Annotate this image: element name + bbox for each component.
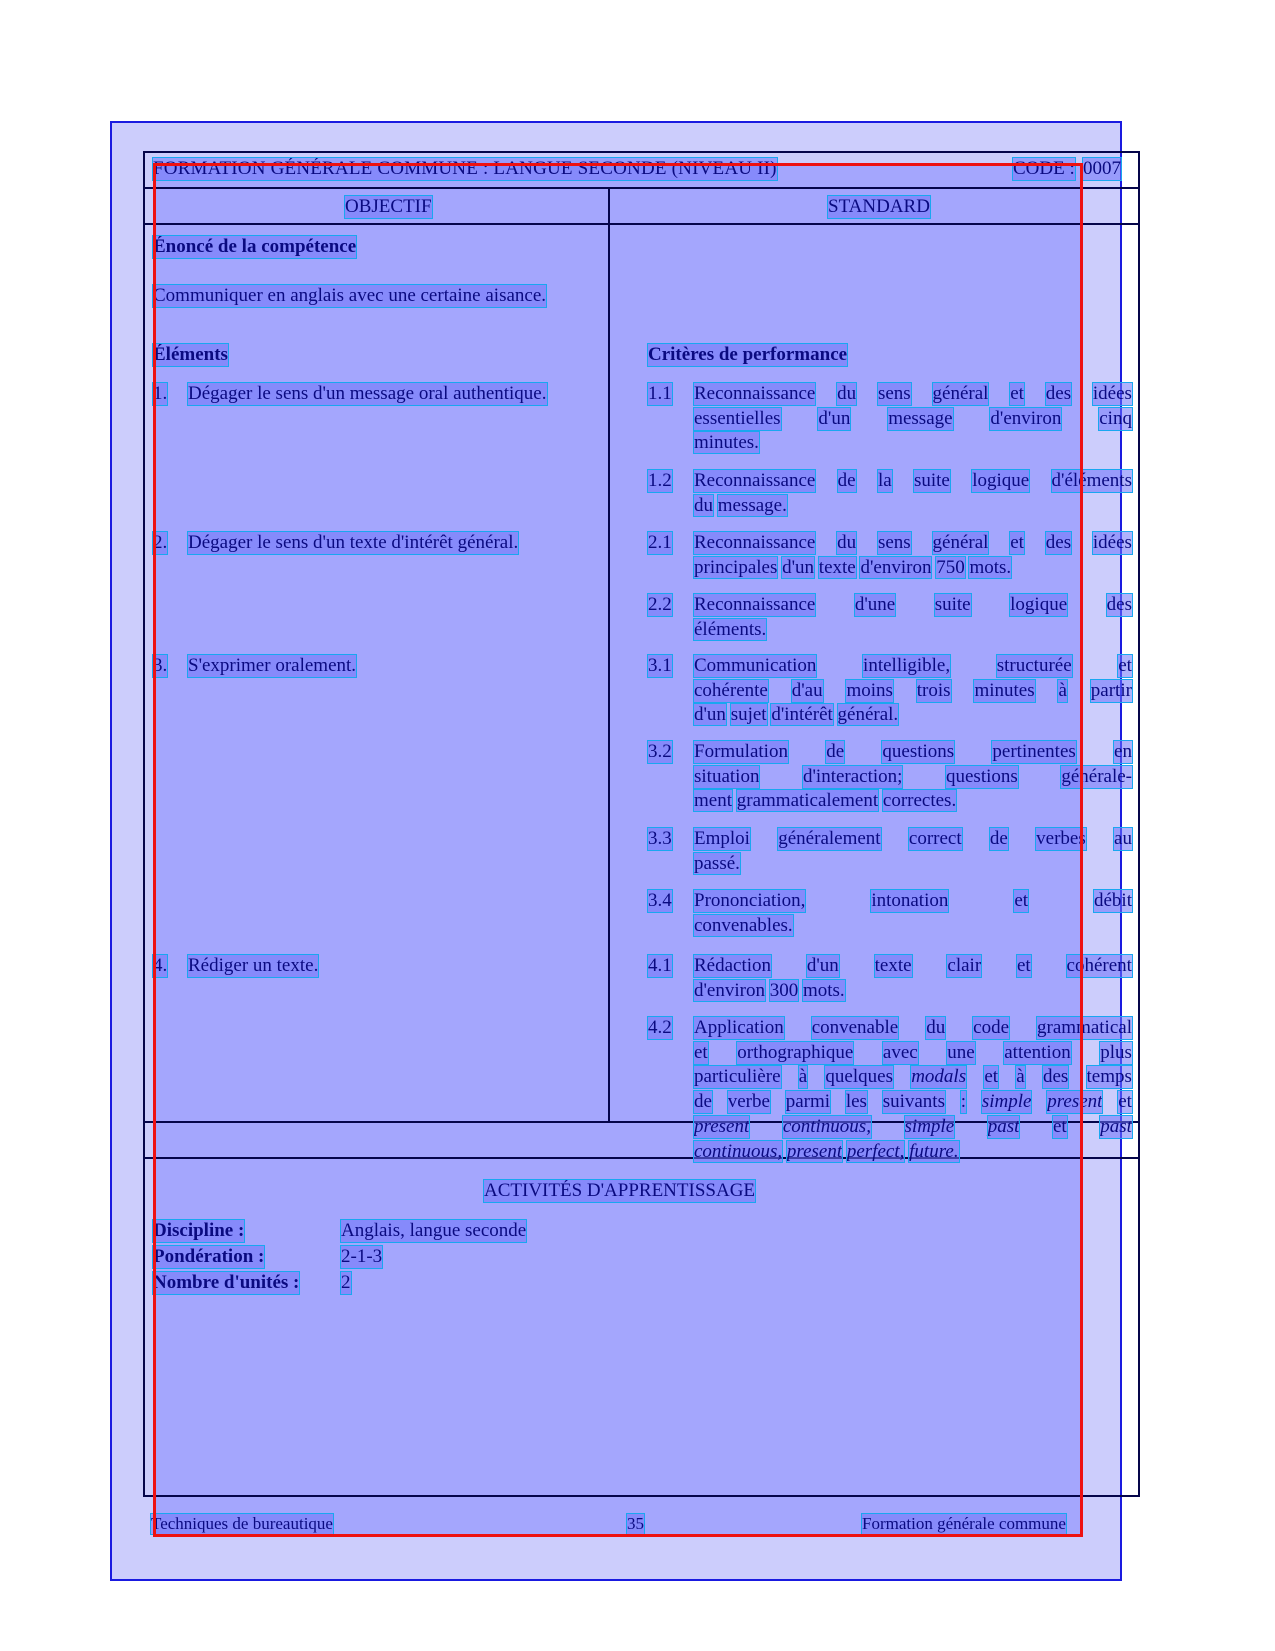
column-divider	[608, 188, 610, 1123]
standard-heading: STANDARD	[828, 196, 930, 218]
criterion-number: 3.4	[648, 890, 672, 912]
criterion-line: convenables.	[694, 915, 793, 937]
criterion-line: d'environ 300 mots.	[694, 980, 845, 1002]
criterion-line: Applicationconvenableducodegrammatical	[694, 1017, 1132, 1039]
divider	[145, 223, 1138, 225]
ponderation-label: Pondération :	[153, 1246, 264, 1268]
criterion-line: Reconnaissancedusensgénéraletdesidées	[694, 532, 1132, 554]
criterion-line: éléments.	[694, 619, 766, 641]
element-text: S'exprimer oralement.	[188, 655, 356, 677]
code-label: CODE :	[1013, 158, 1075, 180]
criterion-number: 3.2	[648, 741, 672, 763]
criterion-number: 3.3	[648, 828, 672, 850]
criterion-line: Prononciation,intonationetdébit	[694, 890, 1132, 912]
criterion-line: Reconnaissancedusensgénéraletdesidées	[694, 383, 1132, 405]
criterion-line: principales d'un texte d'environ 750 mot…	[694, 557, 1011, 579]
criterion-number: 2.1	[648, 532, 672, 554]
criterion-line: continuous, present perfect, future.	[694, 1141, 959, 1163]
criterion-line: Communicationintelligible,structuréeet	[694, 655, 1132, 677]
units-value: 2	[341, 1272, 351, 1294]
competence-text: Communiquer en anglais avec une certaine…	[153, 285, 546, 307]
element-number: 3.	[153, 655, 167, 677]
ponderation-value: 2-1-3	[341, 1246, 382, 1268]
footer-program: Techniques de bureautique	[151, 1514, 333, 1534]
criterion-line: Reconnaissancedelasuitelogiqued'éléments	[694, 470, 1132, 492]
criterion-line: ment grammaticalement correctes.	[694, 790, 956, 812]
criterion-line: d'un sujet d'intérêt général.	[694, 704, 898, 726]
criterion-line: presentcontinuous,simplepastetpast	[694, 1116, 1132, 1138]
discipline-label: Discipline :	[153, 1220, 244, 1242]
footer-section: Formation générale commune	[862, 1514, 1066, 1534]
elements-heading: Éléments	[153, 344, 228, 366]
criterion-number: 1.1	[648, 383, 672, 405]
divider	[145, 187, 1138, 189]
code-value: 0007	[1083, 158, 1121, 180]
element-number: 2.	[153, 532, 167, 554]
page-number: 35	[627, 1514, 644, 1534]
discipline-value: Anglais, langue seconde	[341, 1220, 526, 1242]
criterion-number: 4.2	[648, 1017, 672, 1039]
activities-heading: ACTIVITÉS D'APPRENTISSAGE	[484, 1180, 755, 1202]
element-number: 1.	[153, 383, 167, 405]
criterion-line: minutes.	[694, 432, 759, 454]
criterion-number: 3.1	[648, 655, 672, 677]
criterion-number: 1.2	[648, 470, 672, 492]
objective-heading: OBJECTIF	[345, 196, 432, 218]
competency-table	[143, 151, 1140, 1497]
element-text: Dégager le sens d'un message oral authen…	[188, 383, 547, 405]
criterion-number: 4.1	[648, 955, 672, 977]
divider	[145, 1157, 1138, 1159]
criterion-line: cohérented'aumoinstroisminutesàpartir	[694, 680, 1132, 702]
criterion-line: Reconnaissanced'unesuitelogiquedes	[694, 594, 1132, 616]
element-number: 4.	[153, 955, 167, 977]
element-text: Rédiger un texte.	[188, 955, 318, 977]
criterion-line: Rédactiond'untexteclairetcohérent	[694, 955, 1132, 977]
criterion-line: du message.	[694, 495, 787, 517]
criterion-line: Emploigénéralementcorrectdeverbesau	[694, 828, 1132, 850]
criterion-line: particulièreàquelquesmodalsetàdestemps	[694, 1066, 1132, 1088]
criterion-line: passé.	[694, 853, 740, 875]
criterion-line: essentiellesd'unmessaged'environcinq	[694, 408, 1132, 430]
element-text: Dégager le sens d'un texte d'intérêt gén…	[188, 532, 518, 554]
competence-heading: Énoncé de la compétence	[153, 236, 356, 258]
criterion-line: situationd'interaction;questionsgénérale…	[694, 766, 1132, 788]
criterion-line: Formulationdequestionspertinentesen	[694, 741, 1132, 763]
criterion-number: 2.2	[648, 594, 672, 616]
units-label: Nombre d'unités :	[153, 1272, 299, 1294]
criteria-heading: Critères de performance	[648, 344, 847, 366]
criterion-line: deverbeparmilessuivants:simplepresentet	[694, 1091, 1132, 1113]
document-title: FORMATION GÉNÉRALE COMMUNE : LANGUE SECO…	[153, 158, 777, 180]
criterion-line: etorthographiqueavecuneattentionplus	[694, 1042, 1132, 1064]
